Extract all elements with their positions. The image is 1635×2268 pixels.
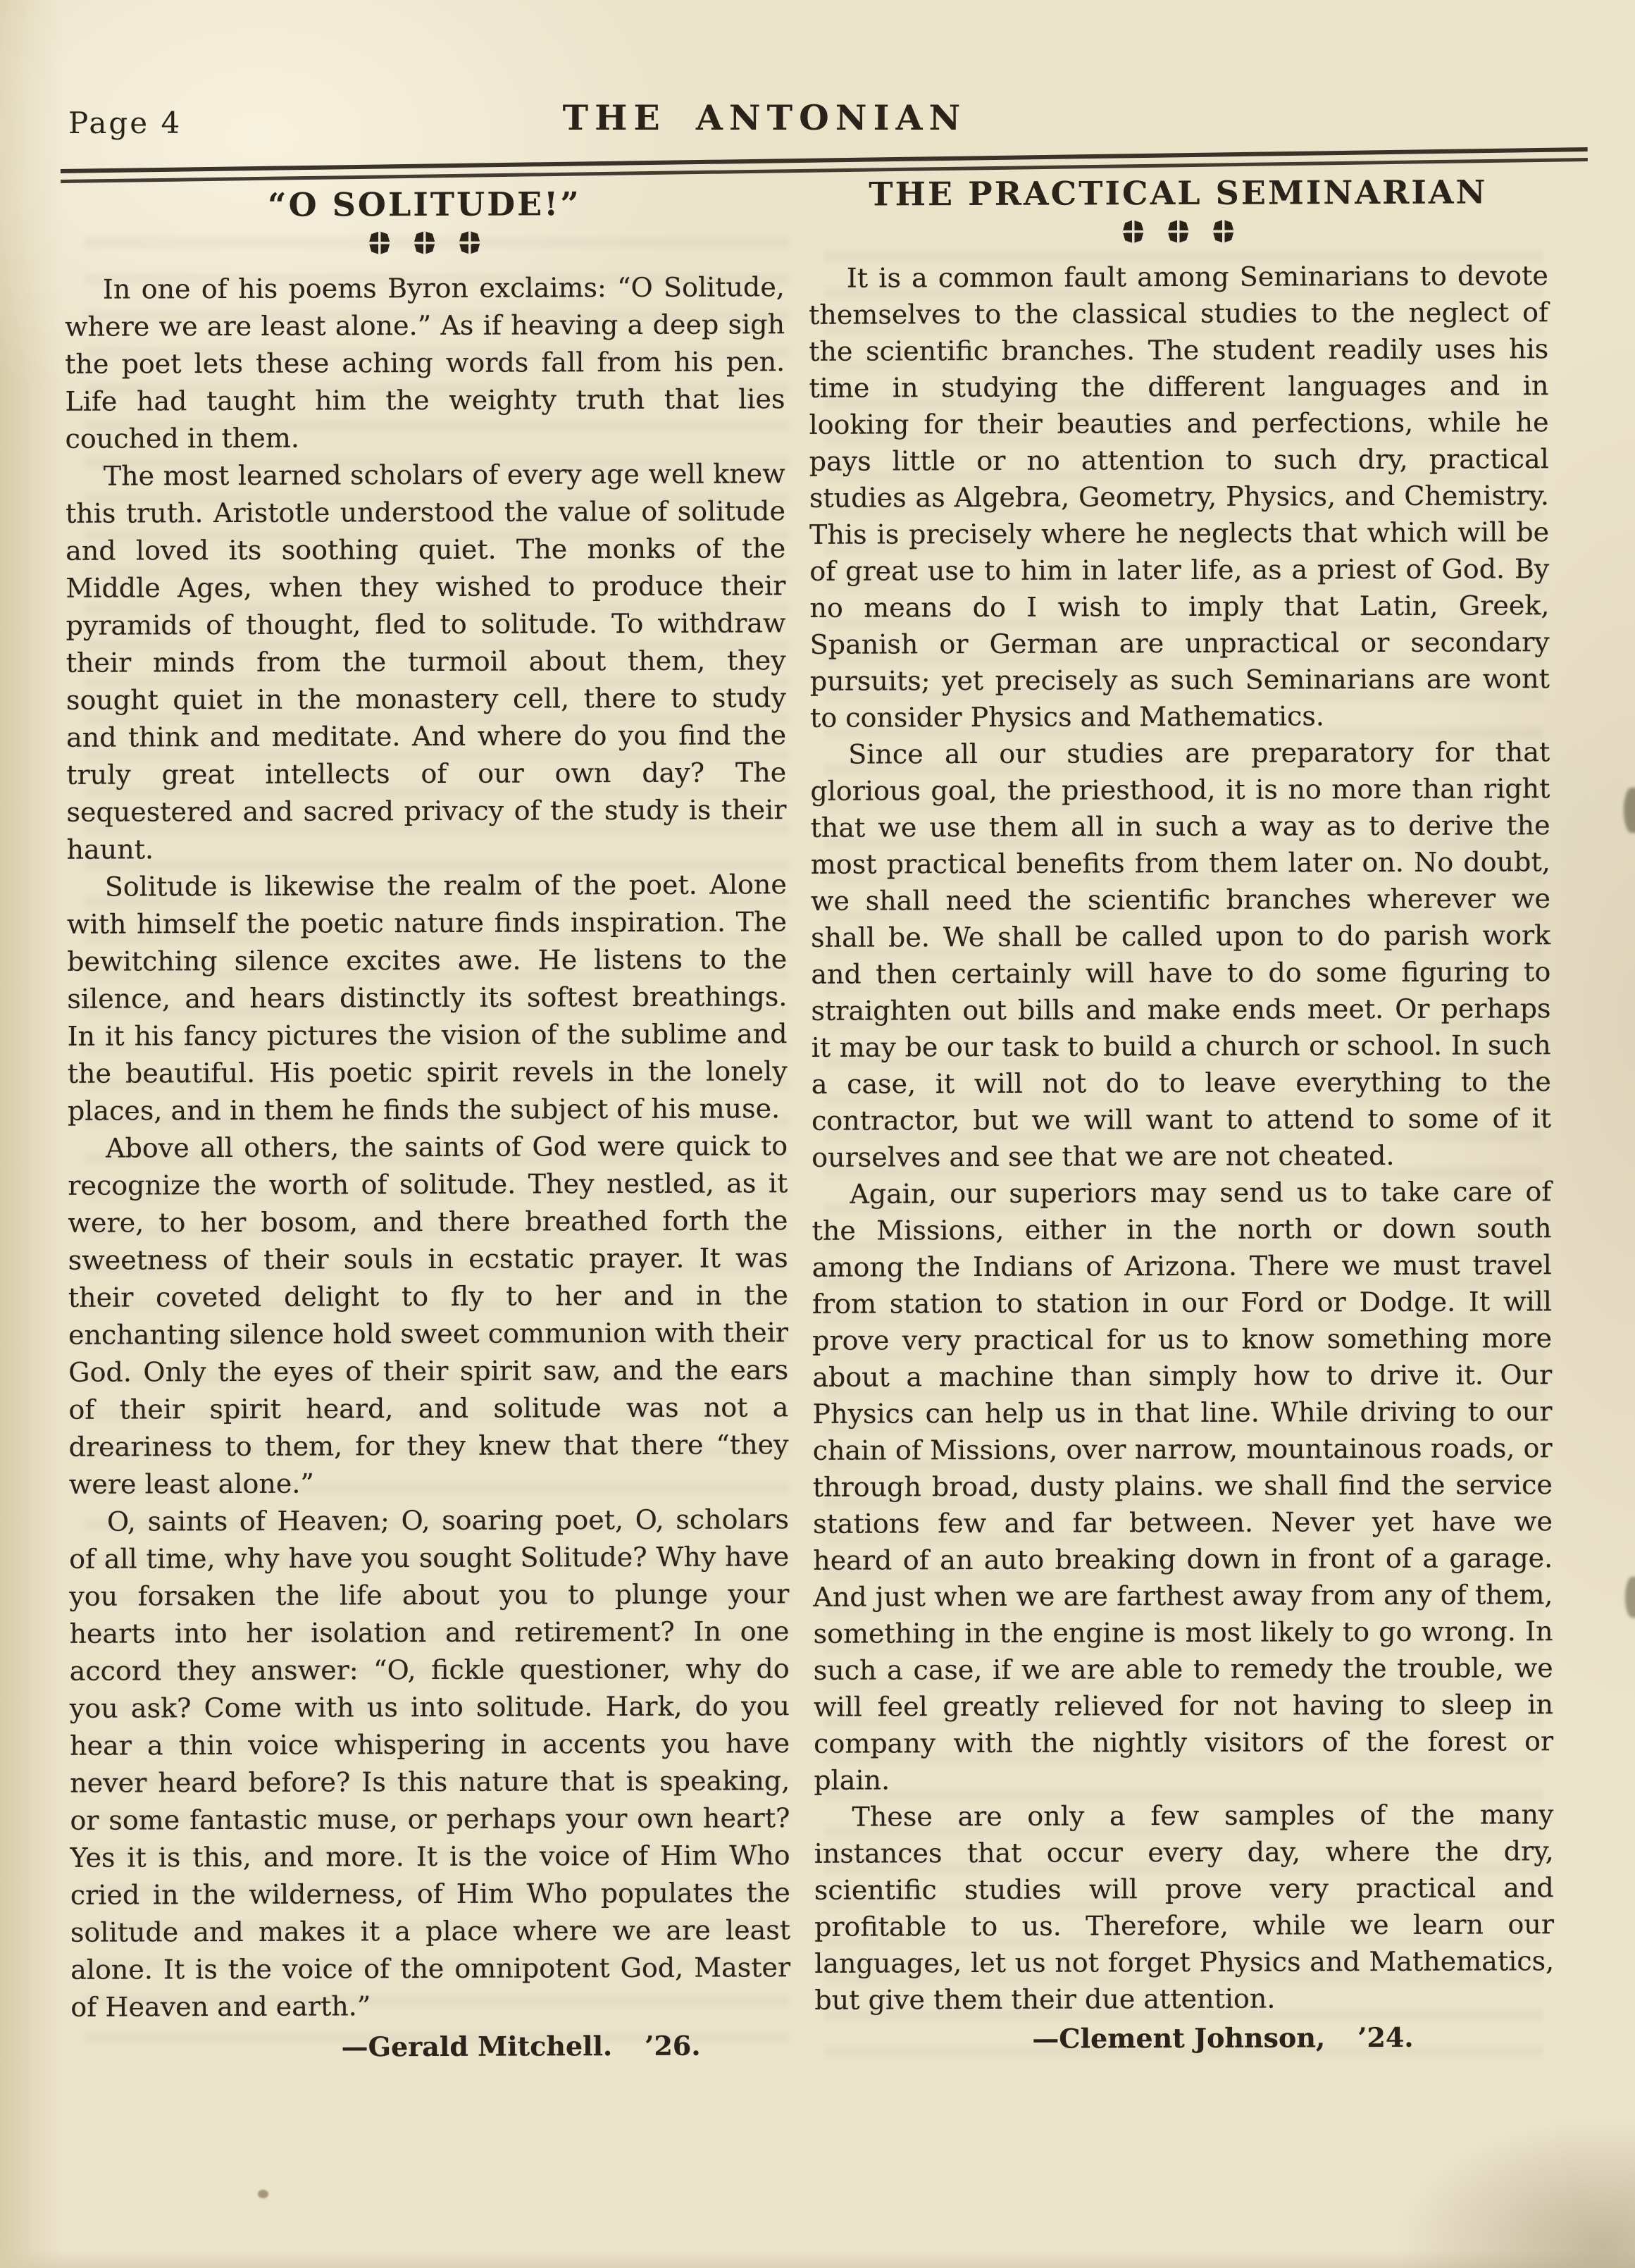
scan-artifact: [1625, 1577, 1635, 1618]
paragraph: Above all others, the saints of God were…: [68, 1127, 789, 1504]
diamond-cross-ornament-icon: [459, 231, 480, 254]
paragraph: Again, our superiors may send us to take…: [812, 1173, 1553, 1799]
masthead-title: THE ANTONIAN: [0, 97, 1582, 138]
diamond-cross-ornament-icon: [369, 231, 390, 254]
byline-author: —Gerald Mitchell.: [342, 2027, 613, 2065]
byline-author: —Clement Johnson,: [1032, 2019, 1325, 2057]
byline-class-year: ’26.: [645, 2027, 701, 2064]
byline-class-year: ’24.: [1357, 2019, 1414, 2056]
paper-stain: [258, 2190, 268, 2198]
paragraph: In one of his poems Byron exclaims: “O S…: [65, 268, 785, 458]
article-body: In one of his poems Byron exclaims: “O S…: [65, 268, 791, 2026]
paragraph: The most learned scholars of every age w…: [66, 455, 787, 869]
byline: —Gerald Mitchell. ’26.: [70, 2026, 790, 2066]
paragraph: It is a common fault among Seminarians t…: [809, 257, 1550, 736]
diamond-cross-ornament-icon: [414, 231, 435, 254]
article-title: THE PRACTICAL SEMINARIAN: [808, 172, 1548, 214]
paragraph: Since all our studies are preparatory fo…: [810, 733, 1551, 1176]
byline: —Clement Johnson, ’24.: [814, 2019, 1554, 2058]
diamond-cross-ornament-icon: [1213, 220, 1234, 243]
diamond-cross-ornament-icon: [1123, 220, 1144, 243]
paragraph: Solitude is likewise the realm of the po…: [67, 866, 788, 1130]
article-o-solitude: “O SOLITUDE!” In one of his poems Byron …: [64, 183, 790, 2066]
article-title: “O SOLITUDE!”: [64, 183, 784, 225]
newspaper-page: Page 4 THE ANTONIAN “O SOLITUDE!” In one…: [0, 0, 1635, 2268]
article-body: It is a common fault among Seminarians t…: [809, 257, 1555, 2019]
ornament-row: [65, 230, 785, 256]
scan-artifact: [1624, 788, 1635, 833]
paragraph: These are only a few samples of the many…: [814, 1796, 1554, 2019]
paragraph: O, saints of Heaven; O, soaring poet, O,…: [69, 1501, 791, 2026]
diamond-cross-ornament-icon: [1168, 220, 1189, 243]
article-practical-seminarian: THE PRACTICAL SEMINARIAN It is a common …: [808, 172, 1554, 2058]
ornament-row: [809, 218, 1548, 244]
